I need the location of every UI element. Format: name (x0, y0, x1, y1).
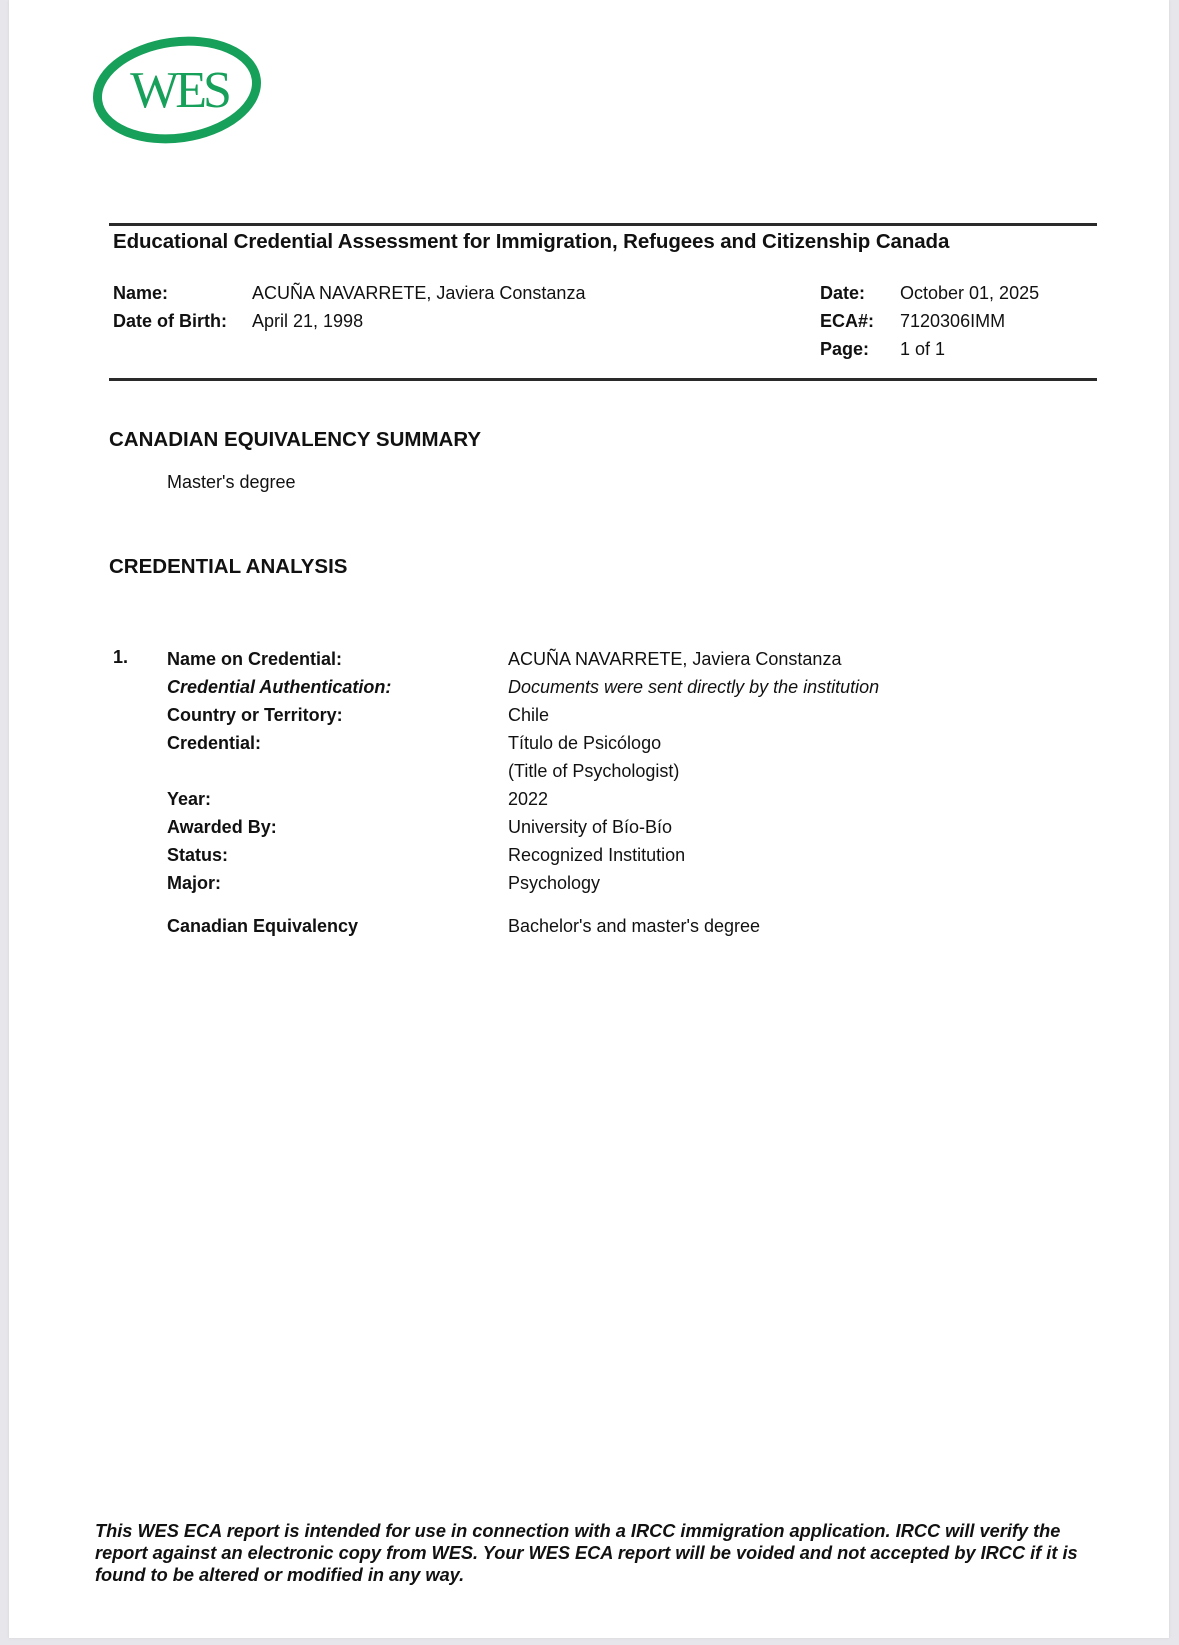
analysis-heading: CREDENTIAL ANALYSIS (109, 555, 347, 579)
disclaimer-text: This WES ECA report is intended for use … (95, 1520, 1105, 1586)
field-value: Chile (508, 701, 549, 729)
document-page: WES Educational Credential Assessment fo… (9, 0, 1169, 1638)
summary-heading: CANADIAN EQUIVALENCY SUMMARY (109, 428, 481, 452)
name-value: ACUÑA NAVARRETE, Javiera Constanza (252, 283, 585, 303)
field-value: ACUÑA NAVARRETE, Javiera Constanza (508, 645, 841, 673)
document-title: Educational Credential Assessment for Im… (113, 230, 949, 254)
credential-analysis-table: Name on Credential: ACUÑA NAVARRETE, Jav… (167, 645, 879, 940)
eca-value: 7120306IMM (900, 311, 1005, 331)
dob-value: April 21, 1998 (252, 311, 363, 331)
field-label: Major: (167, 869, 508, 897)
row-year: Year: 2022 (167, 785, 879, 813)
field-value: Bachelor's and master's degree (508, 912, 760, 940)
header-bottom-rule (109, 378, 1097, 381)
header-top-rule (109, 223, 1097, 226)
credential-translated-title: (Title of Psychologist) (508, 761, 679, 781)
row-credential: Credential: Título de Psicólogo (Title o… (167, 729, 879, 785)
field-value: Documents were sent directly by the inst… (508, 673, 879, 701)
wes-logo: WES (91, 33, 269, 151)
field-value: 2022 (508, 785, 548, 813)
field-label: Country or Territory: (167, 701, 508, 729)
date-value: October 01, 2025 (900, 283, 1039, 303)
report-meta: Date:October 01, 2025 ECA#:7120306IMM Pa… (820, 279, 1039, 363)
field-value: Título de Psicólogo (Title of Psychologi… (508, 729, 679, 785)
field-label: Awarded By: (167, 813, 508, 841)
svg-text:WES: WES (130, 62, 229, 119)
date-label: Date: (820, 279, 900, 307)
field-label: Canadian Equivalency (167, 912, 508, 940)
row-status: Status: Recognized Institution (167, 841, 879, 869)
page-value: 1 of 1 (900, 339, 945, 359)
field-label: Credential Authentication: (167, 673, 508, 701)
summary-value: Master's degree (167, 472, 296, 493)
page-label: Page: (820, 335, 900, 363)
row-awarded-by: Awarded By: University of Bío-Bío (167, 813, 879, 841)
eca-label: ECA#: (820, 307, 900, 335)
field-label: Status: (167, 841, 508, 869)
field-value: Recognized Institution (508, 841, 685, 869)
field-label: Name on Credential: (167, 645, 508, 673)
field-value: University of Bío-Bío (508, 813, 672, 841)
row-canadian-equivalency: Canadian Equivalency Bachelor's and mast… (167, 912, 879, 940)
row-name-on-credential: Name on Credential: ACUÑA NAVARRETE, Jav… (167, 645, 879, 673)
credential-item-number: 1. (113, 647, 128, 668)
name-label: Name: (113, 279, 252, 307)
field-label: Year: (167, 785, 508, 813)
row-country: Country or Territory: Chile (167, 701, 879, 729)
field-label: Credential: (167, 729, 508, 785)
field-value: Psychology (508, 869, 600, 897)
row-credential-authentication: Credential Authentication: Documents wer… (167, 673, 879, 701)
credential-original-title: Título de Psicólogo (508, 733, 661, 753)
dob-label: Date of Birth: (113, 307, 252, 335)
applicant-info: Name:ACUÑA NAVARRETE, Javiera Constanza … (113, 279, 585, 335)
row-major: Major: Psychology (167, 869, 879, 897)
